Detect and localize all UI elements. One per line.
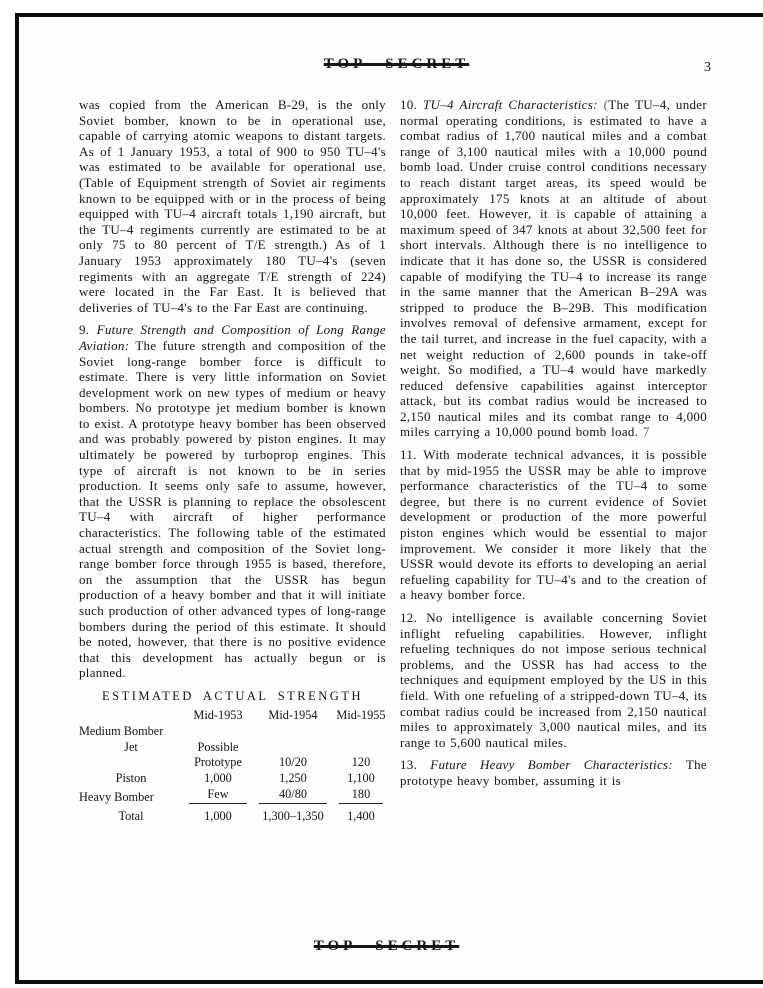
table-row-piston-v1: 1,000	[183, 771, 253, 786]
table-row-piston-label: Piston	[79, 771, 183, 786]
paragraph-continuation: was copied from the American B-29, is th…	[79, 97, 386, 315]
table-row-jet-label: Jet	[79, 740, 183, 755]
paragraph-10: 10. TU–4 Aircraft Characteristics: (The …	[400, 97, 707, 440]
table-row-jet-v1: Possible Prototype	[183, 740, 253, 770]
table-row-total-v1: 1,000	[183, 806, 253, 824]
table-header-mid-1955: Mid-1955	[333, 708, 389, 723]
paragraph-10-text: The TU–4, under normal operating conditi…	[400, 97, 707, 439]
table-header-mid-1953: Mid-1953	[183, 708, 253, 723]
paragraph-12-number: 12.	[400, 610, 417, 625]
paragraph-12-text: No intelligence is available concerning …	[400, 610, 707, 750]
table-row-medium-bomber-label: Medium Bomber	[79, 724, 183, 739]
table-row-heavy-bomber-label: Heavy Bomber	[79, 790, 183, 805]
paragraph-10-number: 10.	[400, 97, 417, 112]
paragraph-10-heading: TU–4 Aircraft Characteristics:	[423, 97, 598, 112]
table-row-piston-v3: 1,100	[333, 771, 389, 786]
table-row-total-v2: 1,300–1,350	[253, 806, 333, 824]
strength-table-title: ESTIMATED ACTUAL STRENGTH	[79, 689, 386, 705]
page-number: 3	[704, 60, 711, 76]
paragraph-13: 13. Future Heavy Bomber Characteristics:…	[400, 757, 707, 788]
right-column: 10. TU–4 Aircraft Characteristics: (The …	[400, 97, 707, 824]
table-row-heavy-bomber-v3: 180	[339, 787, 383, 804]
paragraph-13-heading: Future Heavy Bomber Characteristics:	[430, 757, 673, 772]
pencil-mark-close: 7	[643, 424, 650, 439]
table-row-jet-v2: 10/20	[253, 755, 333, 770]
table-row-total-label: Total	[79, 806, 183, 824]
paragraph-12: 12. No intelligence is available concern…	[400, 610, 707, 750]
paragraph-13-number: 13.	[400, 757, 417, 772]
table-row-piston-v2: 1,250	[253, 771, 333, 786]
classification-footer: TOP SECRET	[10, 938, 763, 955]
strength-table-grid: Mid-1953 Mid-1954 Mid-1955 Medium Bomber…	[79, 708, 386, 824]
paragraph-9: 9. Future Strength and Composition of Lo…	[79, 322, 386, 681]
paragraph-continuation-text: was copied from the American B-29, is th…	[79, 97, 386, 315]
table-row-total-v3: 1,400	[333, 806, 389, 824]
paragraph-9-number: 9.	[79, 322, 89, 337]
classification-footer-text: TOP SECRET	[314, 938, 460, 954]
document-body: was copied from the American B-29, is th…	[79, 97, 707, 824]
table-row-heavy-bomber-v1: Few	[189, 787, 247, 804]
strength-table: ESTIMATED ACTUAL STRENGTH Mid-1953 Mid-1…	[79, 689, 386, 824]
left-column: was copied from the American B-29, is th…	[79, 97, 386, 824]
classification-header: TOP SECRET	[30, 56, 763, 73]
table-row-heavy-bomber-v2: 40/80	[259, 787, 327, 804]
table-header-mid-1954: Mid-1954	[253, 708, 333, 723]
paragraph-9-text: The future strength and composition of t…	[79, 338, 386, 680]
paragraph-11-text: With moderate technical advances, it is …	[400, 447, 707, 602]
paragraph-11: 11. With moderate technical advances, it…	[400, 447, 707, 603]
classification-header-text: TOP SECRET	[324, 56, 470, 72]
paragraph-11-number: 11.	[400, 447, 417, 462]
table-row-jet-v3: 120	[333, 755, 389, 770]
